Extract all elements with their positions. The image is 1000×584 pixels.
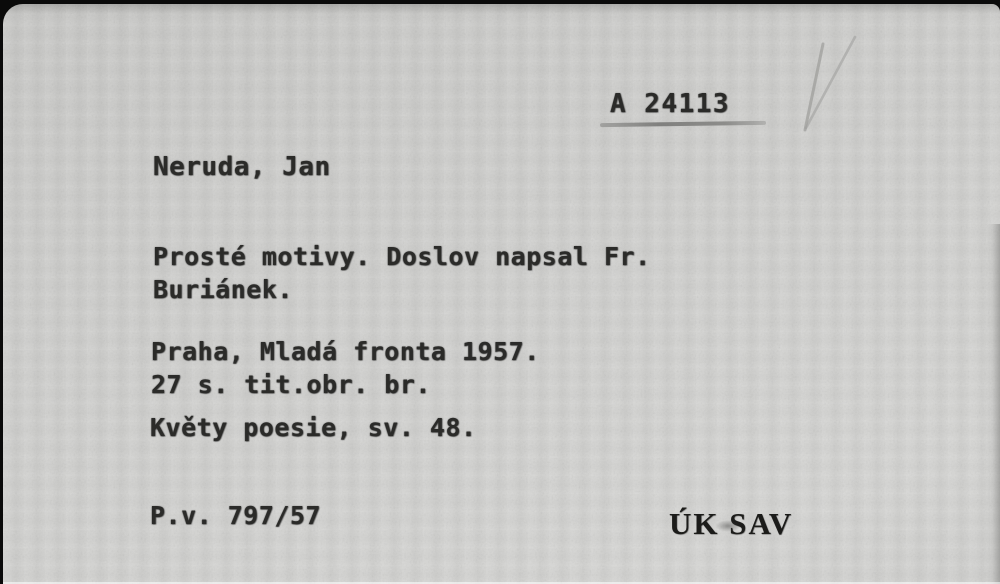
author-line: Neruda, Jan xyxy=(153,152,331,182)
accession-number: P.v. 797/57 xyxy=(150,501,321,530)
imprint-block: Praha, Mladá fronta 1957. 27 s. tit.obr.… xyxy=(151,335,540,401)
catalog-number: A 24113 xyxy=(610,89,730,119)
top-edge-shadow xyxy=(3,4,1000,14)
series-line: Květy poesie, sv. 48. xyxy=(150,413,477,442)
title-block: Prosté motivy. Doslov napsal Fr. Buriáne… xyxy=(153,240,651,306)
right-edge-shadow xyxy=(987,224,1000,584)
stamp-smudge xyxy=(715,520,741,532)
catalog-underline-mark xyxy=(600,121,766,127)
catalog-card: A 24113 Neruda, Jan Prosté motivy. Doslo… xyxy=(3,4,1000,584)
